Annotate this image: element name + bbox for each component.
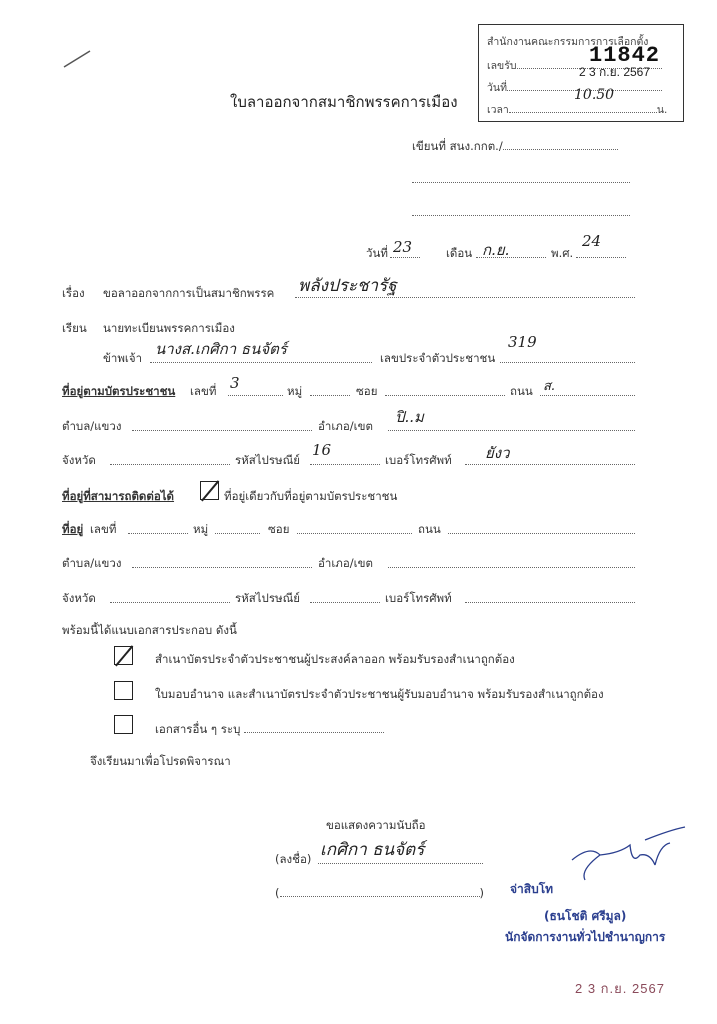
contact-address-heading: ที่อยู่ที่สามารถติดต่อได้ xyxy=(62,488,174,506)
form-title: ใบลาออกจากสมาชิกพรรคการเมือง xyxy=(230,90,458,114)
to-label: เรียน xyxy=(62,320,87,338)
contact-province-field[interactable] xyxy=(110,590,230,603)
subject-label: เรื่อง xyxy=(62,285,85,303)
written-at-field[interactable] xyxy=(503,137,618,150)
regards-text: ขอแสดงความนับถือ xyxy=(326,817,426,835)
card-road-label: ถนน xyxy=(510,383,533,401)
stamp-time-label: เวลา xyxy=(487,104,509,116)
contact-phone-label: เบอร์โทรศัพท์ xyxy=(385,590,452,608)
date-year-value[interactable]: 24 xyxy=(582,232,601,250)
contact-district-field[interactable] xyxy=(388,555,635,568)
bottom-date-stamp: 2 3 ก.ย. 2567 xyxy=(575,978,665,999)
contact-house-no-label: เลขที่ xyxy=(90,521,116,539)
contact-soi-label: ซอย xyxy=(268,521,289,539)
id-value[interactable]: 319 xyxy=(508,333,537,351)
paren-close: ) xyxy=(480,886,485,900)
stamp-time-value: 10.50 xyxy=(574,87,614,103)
date-month-value[interactable]: ก.ย. xyxy=(482,238,509,262)
contact-road-field[interactable] xyxy=(448,521,635,534)
contact-moo-label: หมู่ xyxy=(193,521,208,539)
written-at-line-2[interactable] xyxy=(412,170,630,183)
subject-party-value[interactable]: พลังประชารัฐ xyxy=(298,272,397,299)
contact-house-no-field[interactable] xyxy=(128,521,188,534)
contact-postcode-label: รหัสไปรษณีย์ xyxy=(235,590,300,608)
attachment-label-2: ใบมอบอำนาจ และสำเนาบัตรประจำตัวประชาชนผู… xyxy=(155,686,604,704)
card-moo-label: หมู่ xyxy=(287,383,302,401)
attachment-checkbox-3[interactable] xyxy=(114,715,133,734)
contact-address-subheading: ที่อยู่ xyxy=(62,521,83,539)
sign-label: (ลงชื่อ) xyxy=(275,851,311,869)
contact-subdistrict-field[interactable] xyxy=(132,555,312,568)
stamp-date-label: วันที่ xyxy=(487,82,507,94)
closing-text: จึงเรียนมาเพื่อโปรดพิจารณา xyxy=(90,753,231,771)
attachment-label-3: เอกสารอื่น ๆ ระบุ xyxy=(155,722,240,736)
card-province-label: จังหวัด xyxy=(62,452,96,470)
stamp-time-unit: น. xyxy=(657,104,668,116)
written-at-line-3[interactable] xyxy=(412,203,630,216)
card-postcode-label: รหัสไปรษณีย์ xyxy=(235,452,300,470)
attachment-checkbox-2[interactable] xyxy=(114,681,133,700)
officer-position: นักจัดการงานทั่วไปชำนาญการ xyxy=(505,928,665,947)
to-text: นายทะเบียนพรรคการเมือง xyxy=(103,320,235,338)
date-year-label: พ.ศ. xyxy=(551,245,573,263)
attachment-checkbox-1[interactable] xyxy=(114,646,133,665)
date-day-value[interactable]: 23 xyxy=(393,238,412,256)
contact-moo-field[interactable] xyxy=(215,521,260,534)
card-moo-field[interactable] xyxy=(310,383,350,396)
contact-postcode-field[interactable] xyxy=(310,590,380,603)
printed-name-field[interactable] xyxy=(280,884,480,897)
card-phone-value[interactable]: ยังว xyxy=(485,441,510,465)
receive-stamp: สำนักงานคณะกรรมการการเลือกตั้ง 11842 เลข… xyxy=(478,24,684,122)
attachment-label-1: สำเนาบัตรประจำตัวประชาชนผู้ประสงค์ลาออก … xyxy=(155,651,515,669)
officer-signature xyxy=(560,825,690,885)
attachment-other-field[interactable] xyxy=(244,720,384,733)
card-house-no-value[interactable]: 3 xyxy=(230,374,240,392)
card-district-value[interactable]: ปิ..ม xyxy=(395,405,424,429)
card-district-label: อำเภอ/เขต xyxy=(318,418,373,436)
name-label: ข้าพเจ้า xyxy=(103,350,142,368)
card-province-field[interactable] xyxy=(110,452,230,465)
officer-rank: จ่าสิบโท xyxy=(510,880,553,899)
attachments-label: พร้อมนี้ได้แนบเอกสารประกอบ ดังนี้ xyxy=(62,622,237,640)
contact-soi-field[interactable] xyxy=(297,521,412,534)
name-value[interactable]: นางส.เกศิกา ธนจัตร์ xyxy=(155,337,287,361)
card-subdistrict-field[interactable] xyxy=(132,418,312,431)
contact-road-label: ถนน xyxy=(418,521,441,539)
card-soi-field[interactable] xyxy=(385,383,505,396)
card-soi-label: ซอย xyxy=(356,383,377,401)
officer-name: (ธนโชติ ศรีมูล) xyxy=(544,907,626,926)
id-label: เลขประจำตัวประชาชน xyxy=(380,350,495,368)
card-address-heading: ที่อยู่ตามบัตรประชาชน xyxy=(62,383,175,401)
contact-subdistrict-label: ตำบล/แขวง xyxy=(62,555,122,573)
sign-value[interactable]: เกศิกา ธนจัตร์ xyxy=(320,836,424,863)
contact-district-label: อำเภอ/เขต xyxy=(318,555,373,573)
card-subdistrict-label: ตำบล/แขวง xyxy=(62,418,122,436)
date-month-label: เดือน xyxy=(446,245,472,263)
contact-phone-field[interactable] xyxy=(465,590,635,603)
same-as-card-checkbox[interactable] xyxy=(200,481,219,500)
written-at-label: เขียนที่ สนง.กกต./ xyxy=(412,139,503,153)
same-as-card-label: ที่อยู่เดียวกับที่อยู่ตามบัตรประชาชน xyxy=(224,488,397,506)
subject-text: ขอลาออกจากการเป็นสมาชิกพรรค xyxy=(103,285,274,303)
card-phone-label: เบอร์โทรศัพท์ xyxy=(385,452,452,470)
date-day-label: วันที่ xyxy=(366,245,388,263)
stamp-received-label: เลขรับ xyxy=(487,60,517,72)
pen-mark xyxy=(60,45,100,70)
contact-province-label: จังหวัด xyxy=(62,590,96,608)
card-house-no-label: เลขที่ xyxy=(190,383,216,401)
card-postcode-value[interactable]: 16 xyxy=(312,441,331,459)
card-road-value[interactable]: ส. xyxy=(543,375,555,396)
